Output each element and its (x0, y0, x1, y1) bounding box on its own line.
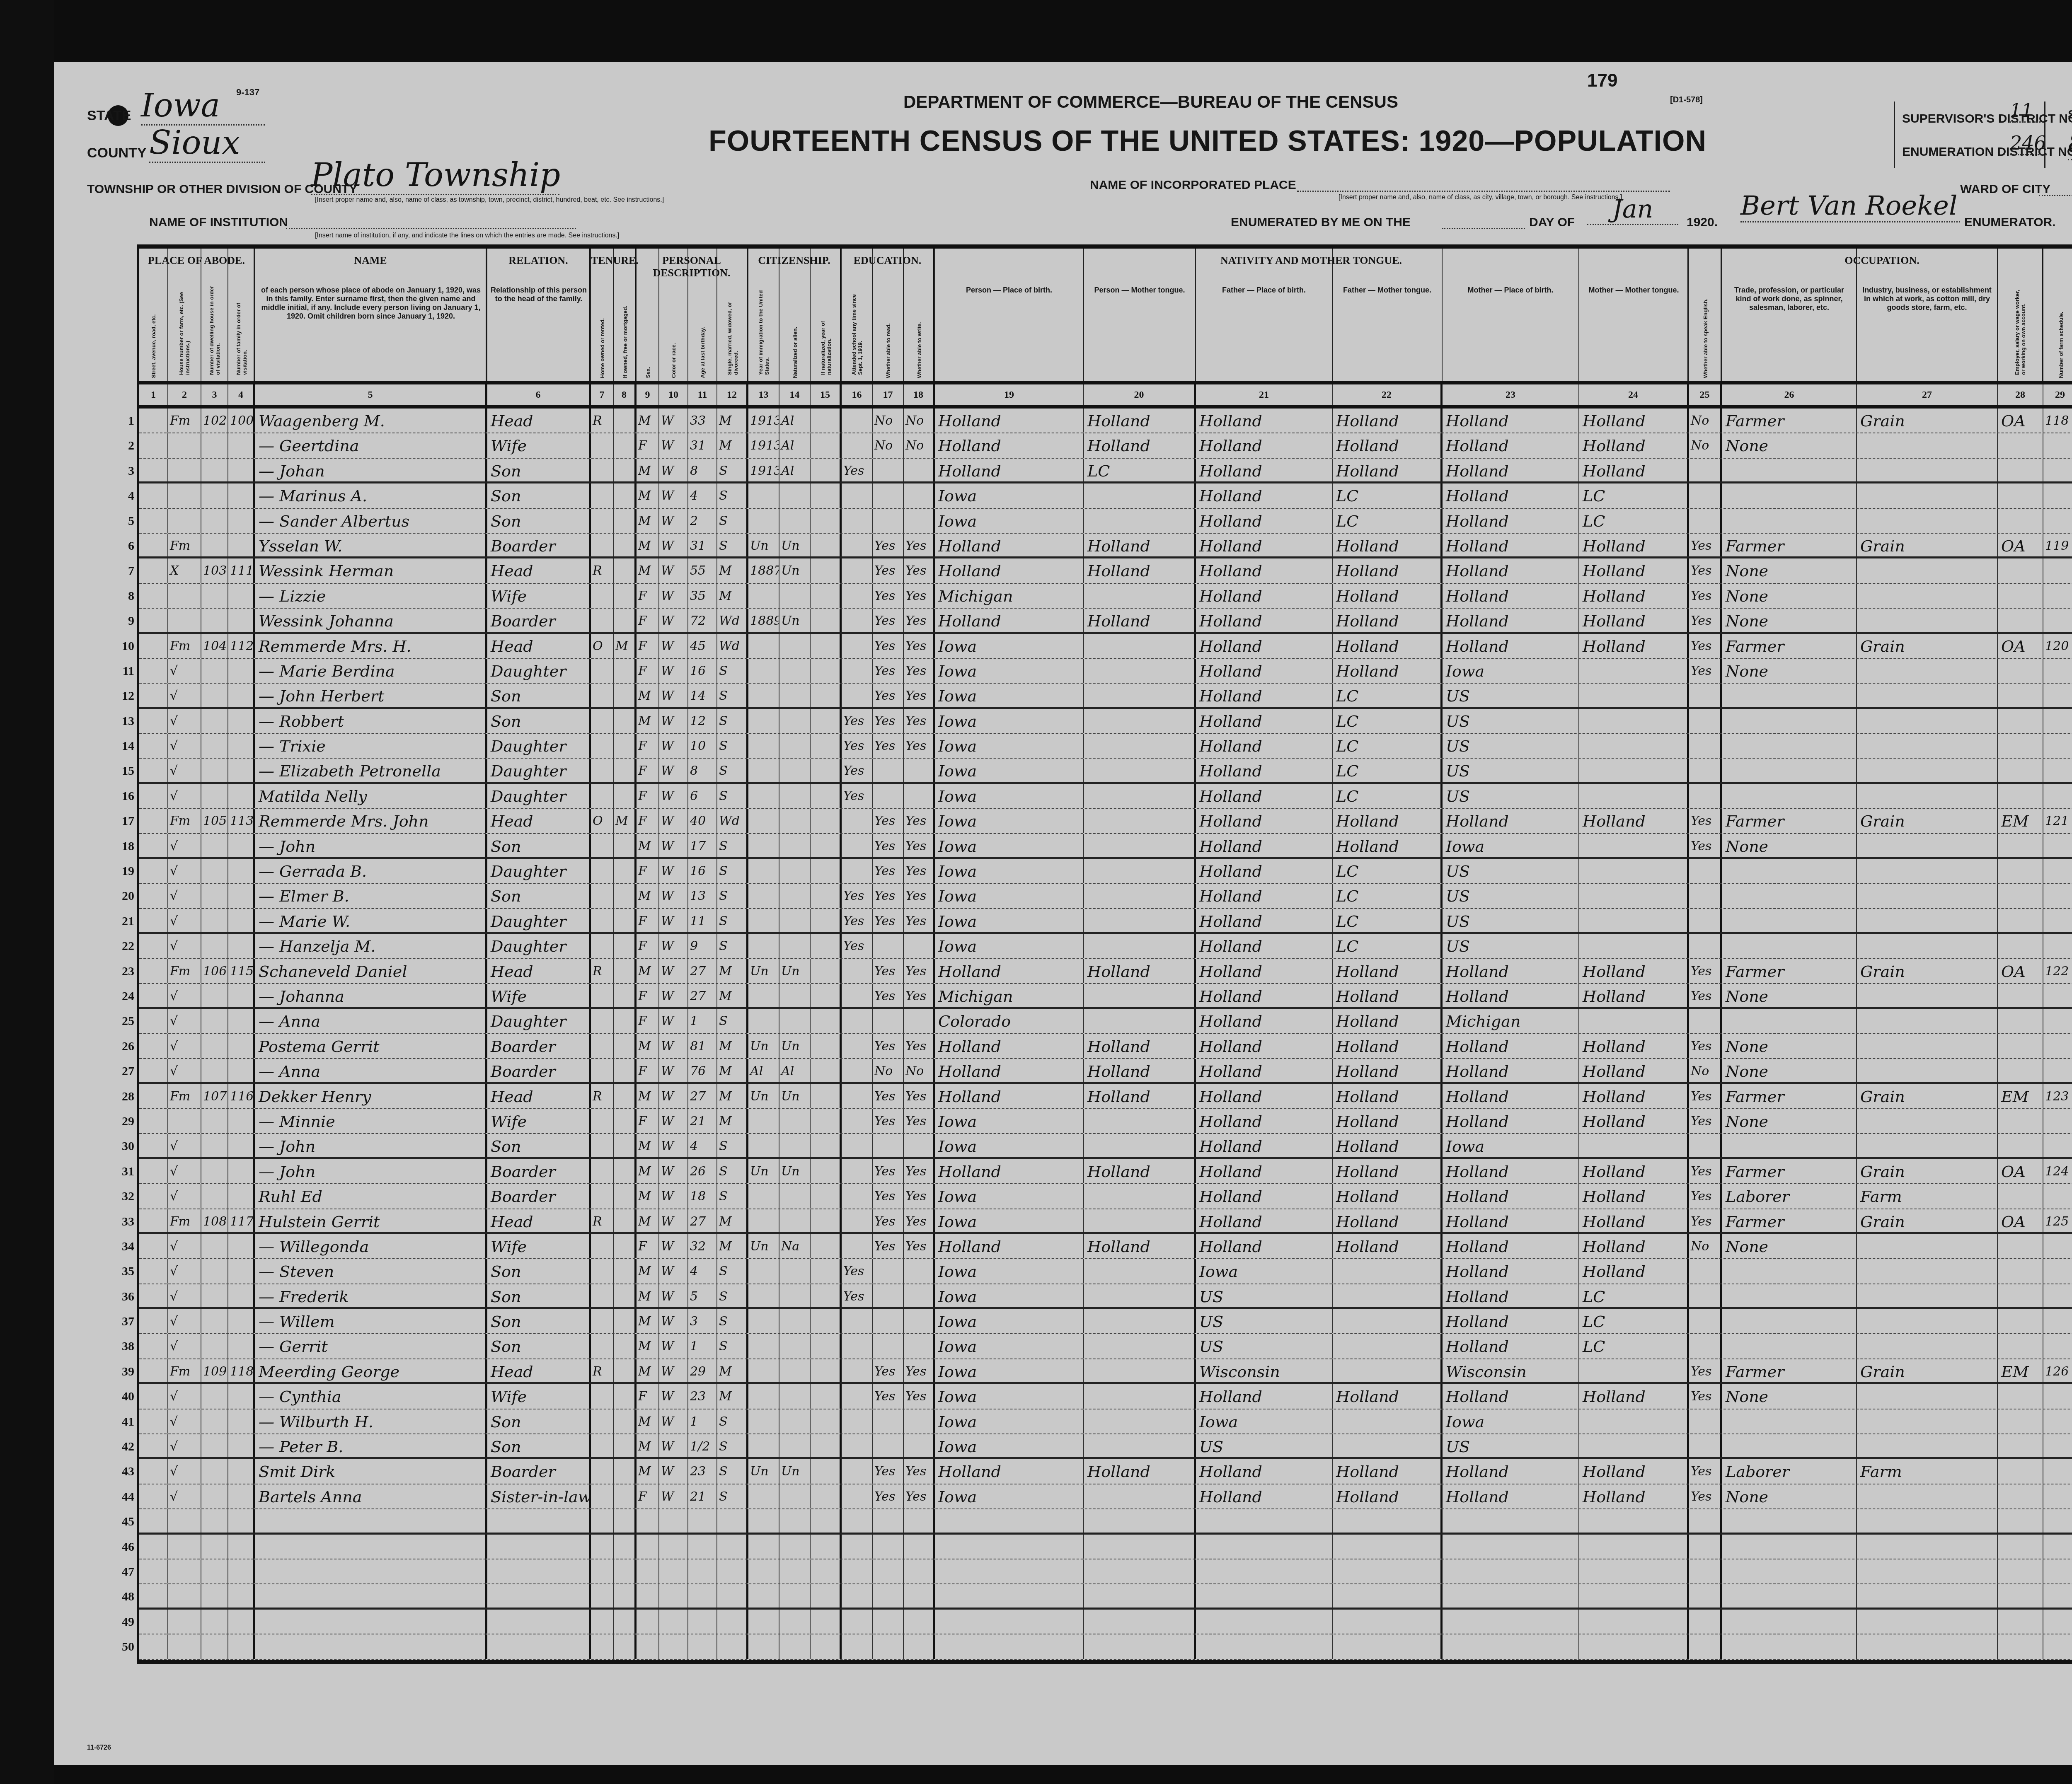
column-number: 17 (873, 384, 904, 405)
cell-dwelling (201, 1459, 228, 1483)
cell-natz (779, 509, 811, 533)
cell-house: √ (168, 1159, 201, 1183)
cell-name: — John Herbert (255, 684, 487, 706)
cell-sex: M (637, 834, 659, 857)
column-number: 15 (811, 384, 842, 405)
cell-dwelling: 107 (201, 1084, 228, 1108)
cell-class (1998, 1559, 2043, 1583)
cell-class (1998, 934, 2043, 958)
cell-family (228, 684, 255, 706)
column-header-label: Person — Place of birth. (938, 286, 1080, 295)
cell-family (228, 1334, 255, 1358)
cell-pob: Iowa (935, 659, 1084, 683)
cell-race: W (659, 1084, 688, 1108)
cell-ftongue: LC (1333, 784, 1443, 808)
cell-tongue: Holland (1084, 409, 1196, 433)
cell-name: — Lizzie (255, 584, 487, 608)
cell-sex: M (637, 884, 659, 908)
cell-natyear (811, 1159, 842, 1183)
cell-name: — Gerrit (255, 1334, 487, 1358)
cell-english (1689, 684, 1722, 706)
cell-race: W (659, 1134, 688, 1157)
cell-relation: Son (487, 684, 591, 706)
cell-write: Yes (904, 709, 935, 733)
cell-sex (637, 1509, 659, 1532)
cell-tongue (1084, 909, 1196, 932)
cell-ftongue (1333, 1259, 1443, 1283)
cell-ftongue: LC (1333, 509, 1443, 533)
cell-english: Yes (1689, 809, 1722, 833)
cell-dwelling (201, 1109, 228, 1133)
column-header-label: If naturalized, year of naturalization. (820, 284, 832, 375)
cell-ftongue: Holland (1333, 1234, 1443, 1258)
cell-mort (614, 1584, 637, 1607)
cell-class (1998, 684, 2043, 706)
cell-relation: Daughter (487, 1009, 591, 1033)
cell-tongue (1084, 1284, 1196, 1307)
line-number: 2 (114, 433, 134, 458)
cell-relation: Head (487, 558, 591, 583)
cell-dwelling (201, 1059, 228, 1082)
cell-industry (1857, 609, 1998, 631)
cell-natyear (811, 1309, 842, 1333)
line-number: 40 (114, 1384, 134, 1409)
cell-farm (2043, 1634, 2072, 1658)
cell-read (873, 1334, 904, 1358)
cell-tongue (1084, 1359, 1196, 1382)
cell-sex: F (637, 1059, 659, 1082)
cell-fpob: Holland (1196, 1084, 1333, 1108)
cell-sex: M (637, 534, 659, 556)
cell-pob: Iowa (935, 1434, 1084, 1457)
cell-school (842, 1610, 873, 1634)
cell-write: Yes (904, 659, 935, 683)
cell-ftongue (1333, 1284, 1443, 1307)
table-row: 23Fm106115Schaneveld DanielHeadRMW27MUnU… (139, 959, 2072, 984)
cell-trade: None (1722, 1384, 1857, 1408)
cell-immig (748, 509, 779, 533)
cell-natz (779, 1634, 811, 1658)
cell-name: — John (255, 1134, 487, 1157)
cell-mort (614, 1034, 637, 1058)
cell-trade (1722, 1309, 1857, 1333)
cell-pob: Holland (935, 409, 1084, 433)
cell-trade (1722, 909, 1857, 932)
cell-race: W (659, 433, 688, 457)
cell-write: Yes (904, 734, 935, 758)
cell-marital: Wd (717, 809, 748, 833)
cell-street (139, 1559, 168, 1583)
table-row: 39Fm109118Meerding GeorgeHeadRMW29MYesYe… (139, 1359, 2072, 1384)
cell-read: Yes (873, 1034, 904, 1058)
cell-write: Yes (904, 534, 935, 556)
cell-natz: Un (779, 1084, 811, 1108)
cell-ftongue: LC (1333, 884, 1443, 908)
cell-trade (1722, 1434, 1857, 1457)
cell-relation (487, 1584, 591, 1607)
line-number: 15 (114, 759, 134, 783)
cell-write: Yes (904, 1384, 935, 1408)
cell-tongue (1084, 584, 1196, 608)
cell-pob (935, 1584, 1084, 1607)
cell-mtongue (1579, 1509, 1689, 1532)
column-number: 11 (688, 384, 717, 405)
cell-race: W (659, 1334, 688, 1358)
cell-trade: None (1722, 659, 1857, 683)
cell-industry (1857, 1334, 1998, 1358)
table-row: 16√Matilda NellyDaughterFW6SYesIowaHolla… (139, 784, 2072, 809)
cell-race: W (659, 509, 688, 533)
cell-class (1998, 884, 2043, 908)
column-header-11: Age at last birthday. (688, 249, 717, 381)
cell-mpob: Holland (1443, 984, 1579, 1007)
cell-pob: Holland (935, 1084, 1084, 1108)
cell-race: W (659, 1284, 688, 1307)
cell-age: 23 (688, 1384, 717, 1408)
cell-school (842, 433, 873, 457)
cell-street (139, 934, 168, 958)
cell-immig: Un (748, 1234, 779, 1258)
cell-industry (1857, 1109, 1998, 1133)
cell-marital (717, 1634, 748, 1658)
cell-immig (748, 834, 779, 857)
cell-relation: Son (487, 459, 591, 481)
cell-age: 81 (688, 1034, 717, 1058)
cell-natyear (811, 1384, 842, 1408)
cell-mpob: US (1443, 859, 1579, 883)
cell-natz (779, 1509, 811, 1532)
cell-ftongue: Holland (1333, 1484, 1443, 1508)
cell-own (591, 1159, 614, 1183)
cell-street (139, 784, 168, 808)
cell-trade: Farmer (1722, 534, 1857, 556)
cell-read: Yes (873, 1084, 904, 1108)
cell-own (591, 1634, 614, 1658)
cell-mort (614, 659, 637, 683)
column-header-label: of each person whose place of abode on J… (259, 286, 483, 321)
cell-fpob: US (1196, 1309, 1333, 1333)
table-row: 4949 (139, 1610, 2072, 1634)
cell-write: Yes (904, 1034, 935, 1058)
cell-street (139, 1584, 168, 1607)
column-header-label: Sex. (644, 287, 651, 378)
cell-tongue: Holland (1084, 433, 1196, 457)
cell-marital (717, 1610, 748, 1634)
cell-school (842, 1009, 873, 1033)
cell-family (228, 1384, 255, 1408)
cell-race: W (659, 634, 688, 658)
cell-mpob: Holland (1443, 483, 1579, 508)
column-number: 27 (1857, 384, 1998, 405)
cell-fpob: Holland (1196, 1484, 1333, 1508)
form-code: [D1-578] (1670, 95, 1703, 105)
cell-mtongue (1579, 1584, 1689, 1607)
cell-street (139, 1259, 168, 1283)
cell-natyear (811, 1634, 842, 1658)
cell-natz: Al (779, 459, 811, 481)
cell-school (842, 558, 873, 583)
cell-street (139, 1309, 168, 1333)
cell-street (139, 684, 168, 706)
cell-pob: Iowa (935, 1134, 1084, 1157)
cell-family: 112 (228, 634, 255, 658)
cell-dwelling (201, 1634, 228, 1658)
cell-write: Yes (904, 1234, 935, 1258)
cell-name: — Elmer B. (255, 884, 487, 908)
cell-name (255, 1535, 487, 1559)
cell-immig: 1913 (748, 459, 779, 481)
cell-industry: Grain (1857, 809, 1998, 833)
cell-immig (748, 759, 779, 781)
cell-dwelling (201, 1234, 228, 1258)
cell-ftongue: Holland (1333, 409, 1443, 433)
cell-trade (1722, 459, 1857, 481)
cell-sex: F (637, 659, 659, 683)
column-header-label: Employer, salary or wage worker, or work… (2014, 284, 2026, 375)
cell-farm (2043, 1109, 2072, 1133)
cell-race: W (659, 1234, 688, 1258)
cell-natyear (811, 1610, 842, 1634)
line-number: 46 (114, 1535, 134, 1559)
cell-dwelling (201, 709, 228, 733)
cell-mort (614, 1634, 637, 1658)
cell-natz: Un (779, 609, 811, 631)
column-number: 19 (935, 384, 1084, 405)
table-row: 38√— GerritSonMW1SIowaUSHollandLC38 (139, 1334, 2072, 1359)
cell-school: Yes (842, 1259, 873, 1283)
cell-name: — Willem (255, 1309, 487, 1333)
cell-age: 26 (688, 1159, 717, 1183)
cell-immig (748, 1184, 779, 1208)
cell-age: 33 (688, 409, 717, 433)
cell-pob: Iowa (935, 1334, 1084, 1358)
cell-fpob: Holland (1196, 709, 1333, 733)
cell-own (591, 1484, 614, 1508)
cell-ftongue: Holland (1333, 1209, 1443, 1232)
cell-family: 116 (228, 1084, 255, 1108)
cell-immig: Un (748, 959, 779, 983)
cell-mpob: Holland (1443, 1109, 1579, 1133)
cell-street (139, 759, 168, 781)
column-number: 26 (1722, 384, 1857, 405)
cell-sex: M (637, 1434, 659, 1457)
cell-dwelling (201, 909, 228, 932)
cell-house (168, 1559, 201, 1583)
cell-mtongue (1579, 1559, 1689, 1583)
cell-own (591, 1584, 614, 1607)
cell-industry: Grain (1857, 1159, 1998, 1183)
cell-relation: Wife (487, 984, 591, 1007)
cell-industry (1857, 1484, 1998, 1508)
cell-sex: M (637, 1034, 659, 1058)
table-row: 28Fm107116Dekker HenryHeadRMW27MUnUnYesY… (139, 1084, 2072, 1109)
cell-relation (487, 1535, 591, 1559)
column-header-label: Number of dwelling house in order of vis… (208, 284, 221, 375)
column-header-label: Industry, business, or establishment in … (1860, 286, 1994, 312)
cell-mtongue: LC (1579, 1334, 1689, 1358)
cell-english (1689, 909, 1722, 932)
cell-name: Bartels Anna (255, 1484, 487, 1508)
cell-write (904, 1509, 935, 1532)
cell-class (1998, 659, 2043, 683)
cell-street (139, 433, 168, 457)
cell-immig (748, 859, 779, 883)
cell-age: 4 (688, 1134, 717, 1157)
table-row: 26√Postema GerritBoarderMW81MUnUnYesYesH… (139, 1034, 2072, 1059)
cell-industry (1857, 558, 1998, 583)
cell-mort (614, 759, 637, 781)
cell-own (591, 734, 614, 758)
cell-mtongue (1579, 909, 1689, 932)
cell-house: √ (168, 1134, 201, 1157)
cell-write (904, 1309, 935, 1333)
cell-house: √ (168, 1234, 201, 1258)
institution-label: NAME OF INSTITUTION (149, 215, 288, 230)
cell-natyear (811, 759, 842, 781)
cell-own (591, 1184, 614, 1208)
cell-english: Yes (1689, 1184, 1722, 1208)
cell-family (228, 1134, 255, 1157)
cell-immig (748, 1209, 779, 1232)
cell-race: W (659, 1009, 688, 1033)
cell-english (1689, 1009, 1722, 1033)
cell-sex: M (637, 1409, 659, 1433)
cell-mpob: Holland (1443, 1209, 1579, 1232)
cell-street (139, 909, 168, 932)
column-header-label: Person — Mother tongue. (1087, 286, 1192, 295)
cell-race: W (659, 1384, 688, 1408)
cell-fpob: Holland (1196, 934, 1333, 958)
cell-relation: Son (487, 509, 591, 533)
cell-industry (1857, 834, 1998, 857)
cell-write (904, 1610, 935, 1634)
cell-tongue (1084, 1109, 1196, 1133)
cell-mpob: US (1443, 1434, 1579, 1457)
state-label: STATE (87, 108, 131, 124)
cell-english: Yes (1689, 1459, 1722, 1483)
cell-house: √ (168, 859, 201, 883)
cell-class (1998, 1384, 2043, 1408)
cell-read (873, 1134, 904, 1157)
cell-ftongue: LC (1333, 709, 1443, 733)
cell-age: 8 (688, 759, 717, 781)
cell-industry (1857, 684, 1998, 706)
cell-tongue: Holland (1084, 1234, 1196, 1258)
cell-dwelling (201, 1535, 228, 1559)
cell-race: W (659, 1209, 688, 1232)
cell-ftongue (1333, 1634, 1443, 1658)
cell-read: Yes (873, 1234, 904, 1258)
cell-industry (1857, 659, 1998, 683)
cell-name: Meerding George (255, 1359, 487, 1382)
cell-mtongue (1579, 759, 1689, 781)
cell-ftongue: Holland (1333, 1059, 1443, 1082)
cell-marital: S (717, 659, 748, 683)
cell-immig (748, 809, 779, 833)
cell-fpob: US (1196, 1284, 1333, 1307)
cell-english (1689, 859, 1722, 883)
cell-immig (748, 1384, 779, 1408)
cell-house: √ (168, 1434, 201, 1457)
cell-natyear (811, 1409, 842, 1433)
cell-english: Yes (1689, 659, 1722, 683)
column-number: 10 (659, 384, 688, 405)
cell-trade: Laborer (1722, 1184, 1857, 1208)
column-header-label: Naturalized or alien. (792, 287, 798, 378)
cell-fpob: Holland (1196, 1059, 1333, 1082)
cell-english: No (1689, 1234, 1722, 1258)
cell-immig (748, 1634, 779, 1658)
cell-race: W (659, 1484, 688, 1508)
cell-relation (487, 1559, 591, 1583)
cell-tongue (1084, 1134, 1196, 1157)
cell-english (1689, 759, 1722, 781)
cell-farm (2043, 1134, 2072, 1157)
cell-own (591, 1284, 614, 1307)
cell-write (904, 1634, 935, 1658)
cell-marital: S (717, 734, 748, 758)
cell-family (228, 1284, 255, 1307)
cell-school (842, 1109, 873, 1133)
cell-house (168, 1109, 201, 1133)
cell-mtongue: Holland (1579, 1109, 1689, 1133)
cell-sex: M (637, 558, 659, 583)
cell-english: Yes (1689, 558, 1722, 583)
cell-name: — Sander Albertus (255, 509, 487, 533)
cell-farm (2043, 1434, 2072, 1457)
cell-farm: 123 (2043, 1084, 2072, 1108)
cell-trade (1722, 509, 1857, 533)
cell-relation: Daughter (487, 784, 591, 808)
cell-relation: Wife (487, 1234, 591, 1258)
cell-house: Fm (168, 809, 201, 833)
cell-marital: M (717, 959, 748, 983)
cell-mort (614, 584, 637, 608)
column-header-label: Number of farm schedule. (2057, 287, 2064, 378)
column-header-label: Father — Place of birth. (1199, 286, 1329, 295)
cell-name: Waagenberg M. (255, 409, 487, 433)
cell-natyear (811, 709, 842, 733)
cell-race: W (659, 884, 688, 908)
cell-mtongue: Holland (1579, 1234, 1689, 1258)
cell-class: OA (1998, 1209, 2043, 1232)
cell-sex (637, 1610, 659, 1634)
cell-school: Yes (842, 934, 873, 958)
cell-farm (2043, 1234, 2072, 1258)
column-numbers-row: 1234567891011121314151617181920212223242… (139, 384, 2072, 409)
cell-house (168, 1634, 201, 1658)
cell-own: R (591, 409, 614, 433)
cell-fpob: Holland (1196, 1034, 1333, 1058)
cell-class (1998, 1059, 2043, 1082)
cell-house (168, 483, 201, 508)
cell-ftongue: Holland (1333, 634, 1443, 658)
cell-ftongue: Holland (1333, 984, 1443, 1007)
cell-english: Yes (1689, 984, 1722, 1007)
cell-ftongue: Holland (1333, 1159, 1443, 1183)
cell-marital: S (717, 884, 748, 908)
cell-own (591, 1034, 614, 1058)
cell-mtongue (1579, 1535, 1689, 1559)
cell-english: No (1689, 409, 1722, 433)
cell-read: Yes (873, 834, 904, 857)
cell-mort (614, 1334, 637, 1358)
cell-trade: Farmer (1722, 959, 1857, 983)
cell-relation: Daughter (487, 909, 591, 932)
cell-marital: S (717, 1159, 748, 1183)
line-number: 5 (114, 509, 134, 534)
cell-ftongue: Holland (1333, 534, 1443, 556)
